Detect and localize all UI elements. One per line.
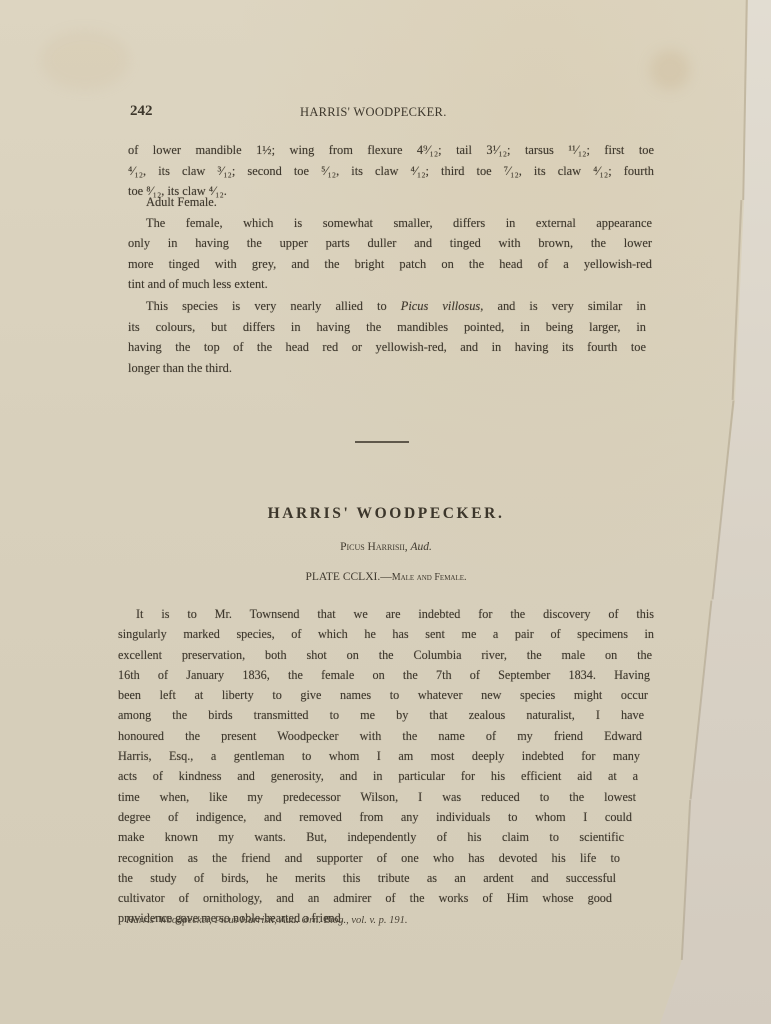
- text-line: cultivator of ornithology, and an admire…: [118, 888, 612, 908]
- text-line: tint and of much less extent.: [128, 274, 652, 295]
- text-line: singularly marked species, of which he h…: [118, 624, 654, 644]
- text-line: been left at liberty to give names to wh…: [118, 685, 648, 705]
- latin-binomial: Picus Harrisii: [340, 541, 405, 553]
- book-page: 242 HARRIS' WOODPECKER. of lower mandibl…: [0, 0, 771, 1024]
- text-line: the study of birds, he merits this tribu…: [118, 868, 616, 888]
- paper-stain: [40, 30, 130, 90]
- text-span: , and is very similar in: [480, 299, 646, 313]
- text-line: acts of kindness and generosity, and in …: [118, 766, 638, 786]
- footnote: Harris' Woodpecker, Picus Harrisii, Aud.…: [126, 915, 526, 926]
- running-head: 242 HARRIS' WOODPECKER.: [130, 103, 650, 123]
- text-line: excellent preservation, both shot on the…: [118, 645, 652, 665]
- text-line: The female, which is somewhat smaller, d…: [128, 213, 652, 234]
- adult-female-section: Adult Female. The female, which is somew…: [128, 188, 652, 295]
- body-paragraph: It is to Mr. Townsend that we are indebt…: [118, 604, 654, 929]
- text-line: only in having the upper parts duller an…: [128, 233, 652, 254]
- text-line: more tinged with grey, and the bright pa…: [128, 254, 652, 275]
- text-line: 16th of January 1836, the female on the …: [118, 665, 650, 685]
- text-line: time when, like my predecessor Wilson, I…: [118, 787, 636, 807]
- plate-number: PLATE CCLXI.—: [305, 571, 391, 583]
- latin-author: Aud.: [411, 541, 432, 553]
- plate-line: PLATE CCLXI.—Male and Female.: [226, 571, 546, 583]
- text-span: This species is very nearly allied to: [146, 299, 401, 313]
- section-title: HARRIS' WOODPECKER.: [226, 505, 546, 523]
- text-line: degree of indigence, and removed from an…: [118, 807, 632, 827]
- text-line: make known my wants. But, independently …: [118, 827, 624, 847]
- text-line: its colours, but differs in having the m…: [128, 317, 646, 338]
- text-line: recognition as the friend and supporter …: [118, 848, 620, 868]
- running-title: HARRIS' WOODPECKER.: [300, 105, 447, 120]
- text-line: Harris, Esq., a gentleman to whom I am m…: [118, 746, 640, 766]
- text-line: having the top of the head red or yellow…: [128, 337, 646, 358]
- latin-name: Picus Harrisii, Aud.: [226, 541, 546, 553]
- text-line: among the birds transmitted to me by tha…: [118, 705, 644, 725]
- species-name-italic: Picus villosus: [401, 299, 480, 313]
- text-line: ⁴⁄₁₂, its claw ³⁄₁₂; second toe ⁵⁄₁₂, it…: [128, 161, 654, 182]
- text-line: honoured the present Woodpecker with the…: [118, 726, 642, 746]
- paper-stain: [650, 50, 690, 90]
- text-line: It is to Mr. Townsend that we are indebt…: [118, 604, 654, 624]
- plate-subtitle: Male and Female.: [392, 572, 467, 583]
- comparison-paragraph: This species is very nearly allied to Pi…: [128, 296, 646, 378]
- page-number: 242: [130, 103, 153, 120]
- text-line: longer than the third.: [128, 358, 646, 379]
- text-line: of lower mandible 1½; wing from flexure …: [128, 140, 654, 161]
- text-line: This species is very nearly allied to Pi…: [128, 296, 646, 317]
- section-divider: [355, 441, 409, 443]
- subheading-adult-female: Adult Female.: [128, 192, 652, 213]
